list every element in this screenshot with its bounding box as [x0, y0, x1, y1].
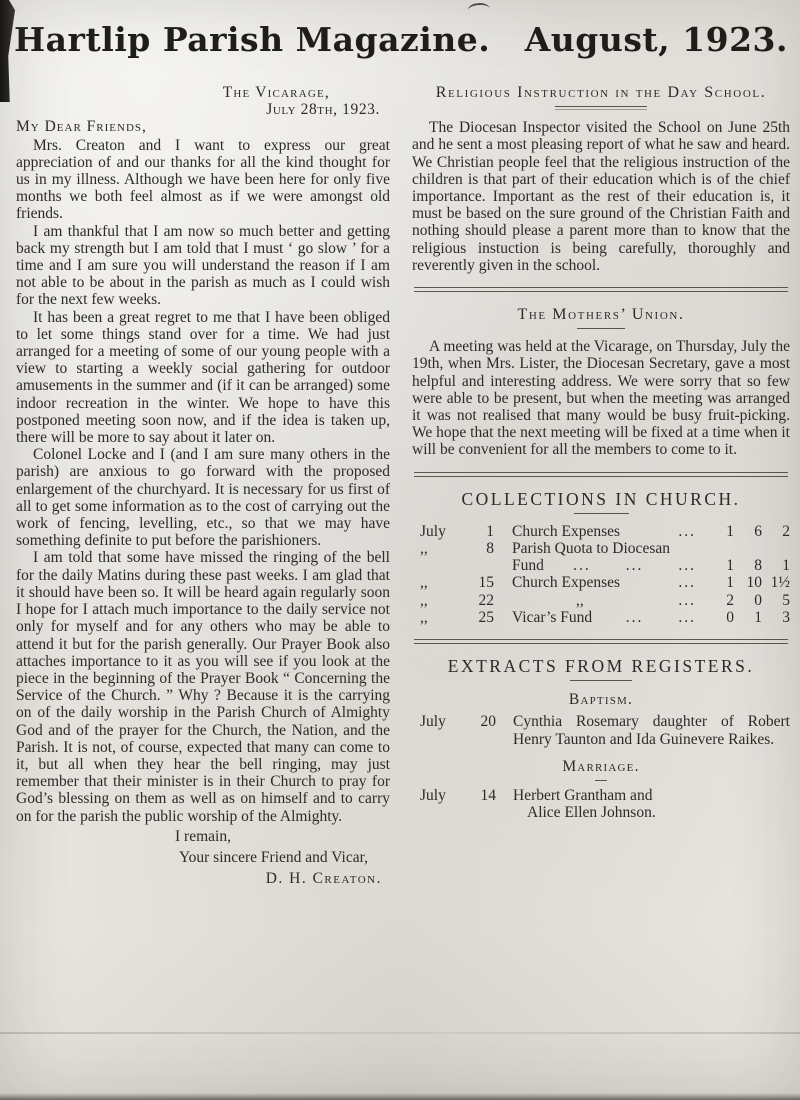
row-month: July — [412, 523, 464, 540]
section-title: Religious Instruction in the Day School. — [412, 84, 790, 101]
section-divider — [414, 639, 788, 644]
row-day: 8 — [464, 540, 494, 557]
marriage-heading: Marriage. — [412, 758, 790, 775]
row-shillings: 1 — [734, 609, 762, 626]
row-dot-leader: ... — [678, 592, 706, 609]
section-title: COLLECTIONS IN CHURCH. — [412, 491, 790, 508]
marriage-entry: July 14 Herbert Grantham and Alice Ellen… — [412, 787, 790, 821]
letter-address: The Vicarage, — [16, 84, 390, 101]
section-registers: EXTRACTS FROM REGISTERS. Baptism. July 2… — [412, 658, 790, 821]
masthead-date: August, 1923. — [525, 20, 788, 59]
row-desc: Fund — [512, 557, 544, 574]
row-shillings: 6 — [734, 523, 762, 540]
letter-column: The Vicarage, July 28th, 1923. My Dear F… — [16, 84, 390, 887]
entry-month: July — [412, 787, 464, 821]
section-divider — [414, 287, 788, 292]
row-pounds: 1 — [706, 557, 734, 574]
entry-line: Alice Ellen Johnson. — [513, 804, 790, 821]
heading-rule — [595, 780, 607, 781]
letter-valediction: Your sincere Friend and Vicar, — [16, 849, 390, 866]
letter-date: July 28th, 1923. — [16, 101, 390, 118]
row-pounds: 1 — [706, 523, 734, 540]
baptism-entry: July 20 Cynthia Rosemary daughter of Rob… — [412, 713, 790, 747]
letter-paragraph: I am told that some have missed the ring… — [16, 549, 390, 824]
section-title: EXTRACTS FROM REGISTERS. — [412, 658, 790, 675]
heading-rule — [555, 106, 647, 110]
row-dot-leader: ... — [678, 523, 706, 540]
row-dot-leader: ... ... — [626, 609, 706, 626]
collections-row: ,, 8 Parish Quota to Diocesan — [412, 540, 790, 557]
row-dot-leader — [696, 540, 706, 557]
letter-salutation: My Dear Friends, — [16, 118, 390, 135]
row-pence: 3 — [762, 609, 790, 626]
ink-scratch-mark — [467, 2, 490, 18]
row-desc: ,, — [576, 592, 584, 609]
row-desc: Church Expenses — [512, 523, 620, 540]
letter-paragraph: It has been a great regret to me that I … — [16, 309, 390, 447]
section-title: The Mothers’ Union. — [412, 306, 790, 323]
heading-rule — [577, 328, 625, 329]
heading-rule — [570, 680, 632, 681]
row-month: ,, — [412, 540, 464, 557]
row-pounds — [706, 540, 734, 557]
letter-paragraph: Colonel Locke and I (and I am sure many … — [16, 446, 390, 549]
row-shillings: 0 — [734, 592, 762, 609]
collections-table: July 1 Church Expenses... 1 6 2 ,, 8 Par… — [412, 523, 790, 626]
row-day: 22 — [464, 592, 494, 609]
row-pence: 1 — [762, 557, 790, 574]
letter-paragraph: I am thankful that I am now so much bett… — [16, 223, 390, 309]
collections-row: ,, 25 Vicar’s Fund... ... 0 1 3 — [412, 609, 790, 626]
row-pounds: 0 — [706, 609, 734, 626]
row-shillings: 8 — [734, 557, 762, 574]
row-desc: Vicar’s Fund — [512, 609, 592, 626]
letter-paragraph: Mrs. Creaton and I want to express our g… — [16, 137, 390, 223]
row-pence — [762, 540, 790, 557]
row-pence: 1½ — [762, 574, 790, 591]
section-religious-instruction: Religious Instruction in the Day School.… — [412, 84, 790, 274]
row-day: 15 — [464, 574, 494, 591]
row-pounds: 1 — [706, 574, 734, 591]
heading-rule — [574, 513, 629, 514]
row-pence: 5 — [762, 592, 790, 609]
letter-closing: I remain, — [16, 828, 390, 845]
row-day: 25 — [464, 609, 494, 626]
news-column: Religious Instruction in the Day School.… — [412, 84, 790, 822]
row-month — [412, 557, 464, 574]
row-desc: Church Expenses — [512, 574, 620, 591]
paper-crease — [0, 1032, 800, 1034]
entry-day: 20 — [464, 713, 496, 747]
section-body: The Diocesan Inspector visited the Schoo… — [412, 119, 790, 274]
section-body: A meeting was held at the Vicarage, on T… — [412, 338, 790, 458]
section-collections: COLLECTIONS IN CHURCH. July 1 Church Exp… — [412, 491, 790, 626]
row-month: ,, — [412, 609, 464, 626]
letter-signature: D. H. Creaton. — [16, 870, 390, 887]
section-divider — [414, 472, 788, 477]
row-month: ,, — [412, 592, 464, 609]
row-day — [464, 557, 494, 574]
masthead-title: Hartlip Parish Magazine. — [14, 20, 490, 59]
row-month: ,, — [412, 574, 464, 591]
row-pounds: 2 — [706, 592, 734, 609]
masthead: Hartlip Parish Magazine. August, 1923. — [14, 20, 788, 59]
section-mothers-union: The Mothers’ Union. A meeting was held a… — [412, 306, 790, 459]
entry-text: Herbert Grantham and Alice Ellen Johnson… — [496, 787, 790, 821]
row-shillings: 10 — [734, 574, 762, 591]
scan-edge-shadow — [0, 0, 15, 102]
entry-day: 14 — [464, 787, 496, 821]
row-dot-leader: ... ... ... — [573, 557, 706, 574]
row-desc: Parish Quota to Diocesan — [512, 540, 670, 557]
collections-row: ,, 15 Church Expenses... 1 10 1½ — [412, 574, 790, 591]
row-shillings — [734, 540, 762, 557]
row-day: 1 — [464, 523, 494, 540]
collections-row: ,, 22 ,,... 2 0 5 — [412, 592, 790, 609]
collections-row: Fund... ... ... 1 8 1 — [412, 557, 790, 574]
entry-month: July — [412, 713, 464, 747]
row-pence: 2 — [762, 523, 790, 540]
magazine-page: Hartlip Parish Magazine. August, 1923. T… — [0, 0, 800, 1100]
collections-row: July 1 Church Expenses... 1 6 2 — [412, 523, 790, 540]
entry-line: Herbert Grantham and — [513, 787, 790, 804]
entry-text: Cynthia Rosemary daughter of Robert Henr… — [496, 713, 790, 747]
baptism-heading: Baptism. — [412, 691, 790, 708]
row-dot-leader: ... — [678, 574, 706, 591]
scan-bottom-shadow — [0, 1093, 800, 1100]
